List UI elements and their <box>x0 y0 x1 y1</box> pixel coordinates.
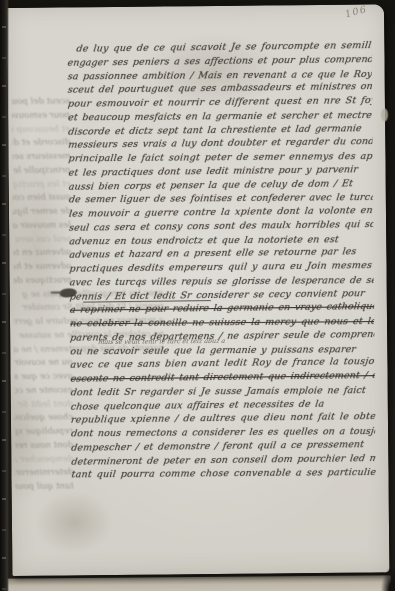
manuscript-scan: 106 sceut del pourtpour esmouvoir et bea… <box>0 0 395 591</box>
bleed-through-line: principalle le <box>13 164 71 178</box>
bleed-through-line: dempescher / et <box>15 453 73 467</box>
book-binding-gutter <box>0 0 9 591</box>
manuscript-page: 106 sceut del pourtpour esmouvoir et bea… <box>7 4 389 576</box>
bleed-through-line: et les practiqu <box>13 178 71 192</box>
bleed-through-line: messieurs ses v <box>12 150 70 164</box>
bleed-through-line: aussi bien corp <box>13 192 71 206</box>
bleed-through-line: esconte ne cont <box>15 384 73 398</box>
bleed-through-line: discorde et dic <box>12 137 70 151</box>
paper-edge-bump <box>381 108 388 121</box>
handwritten-text-block: de luy que de ce qui scavoit Je se fourc… <box>67 40 375 483</box>
bleed-through-line: advenus et haza <box>13 260 71 274</box>
bleed-through-line: ou ne scavoir s <box>14 357 72 371</box>
bleed-through-line: de semer liguer <box>13 205 71 219</box>
manuscript-line: tant quil pourra comme chose convenable … <box>71 466 377 482</box>
bleed-through-line: determineront d <box>15 467 73 481</box>
bleed-through-line: advenuz en tous <box>13 247 71 261</box>
bleed-through-line: et beaucoup mes <box>12 123 70 137</box>
bleed-through-line: dont ledit Sr r <box>15 398 73 412</box>
bleed-through-line: dont nous remec <box>15 439 73 453</box>
leaf-edges <box>2 0 6 591</box>
folio-number: 106 <box>344 4 369 20</box>
bleed-through-line: avec ce que san <box>14 370 72 384</box>
corner-shadow <box>381 565 395 591</box>
bleed-through-line: republique xpie <box>15 425 73 439</box>
underlying-leaf-edge <box>6 575 391 591</box>
bleed-through-line: tant quil pourr <box>16 480 74 494</box>
bleed-through-line: les mouvoir a g <box>13 219 71 233</box>
bleed-through-line: sceut del pourt <box>12 95 70 109</box>
bleed-through-line: practiques desd <box>14 274 72 288</box>
bleed-through-line: pour esmouvoir <box>12 109 70 123</box>
bleed-through-line: seul cas sera e <box>13 233 71 247</box>
bleed-through-line: chose quelconqu <box>15 412 73 426</box>
